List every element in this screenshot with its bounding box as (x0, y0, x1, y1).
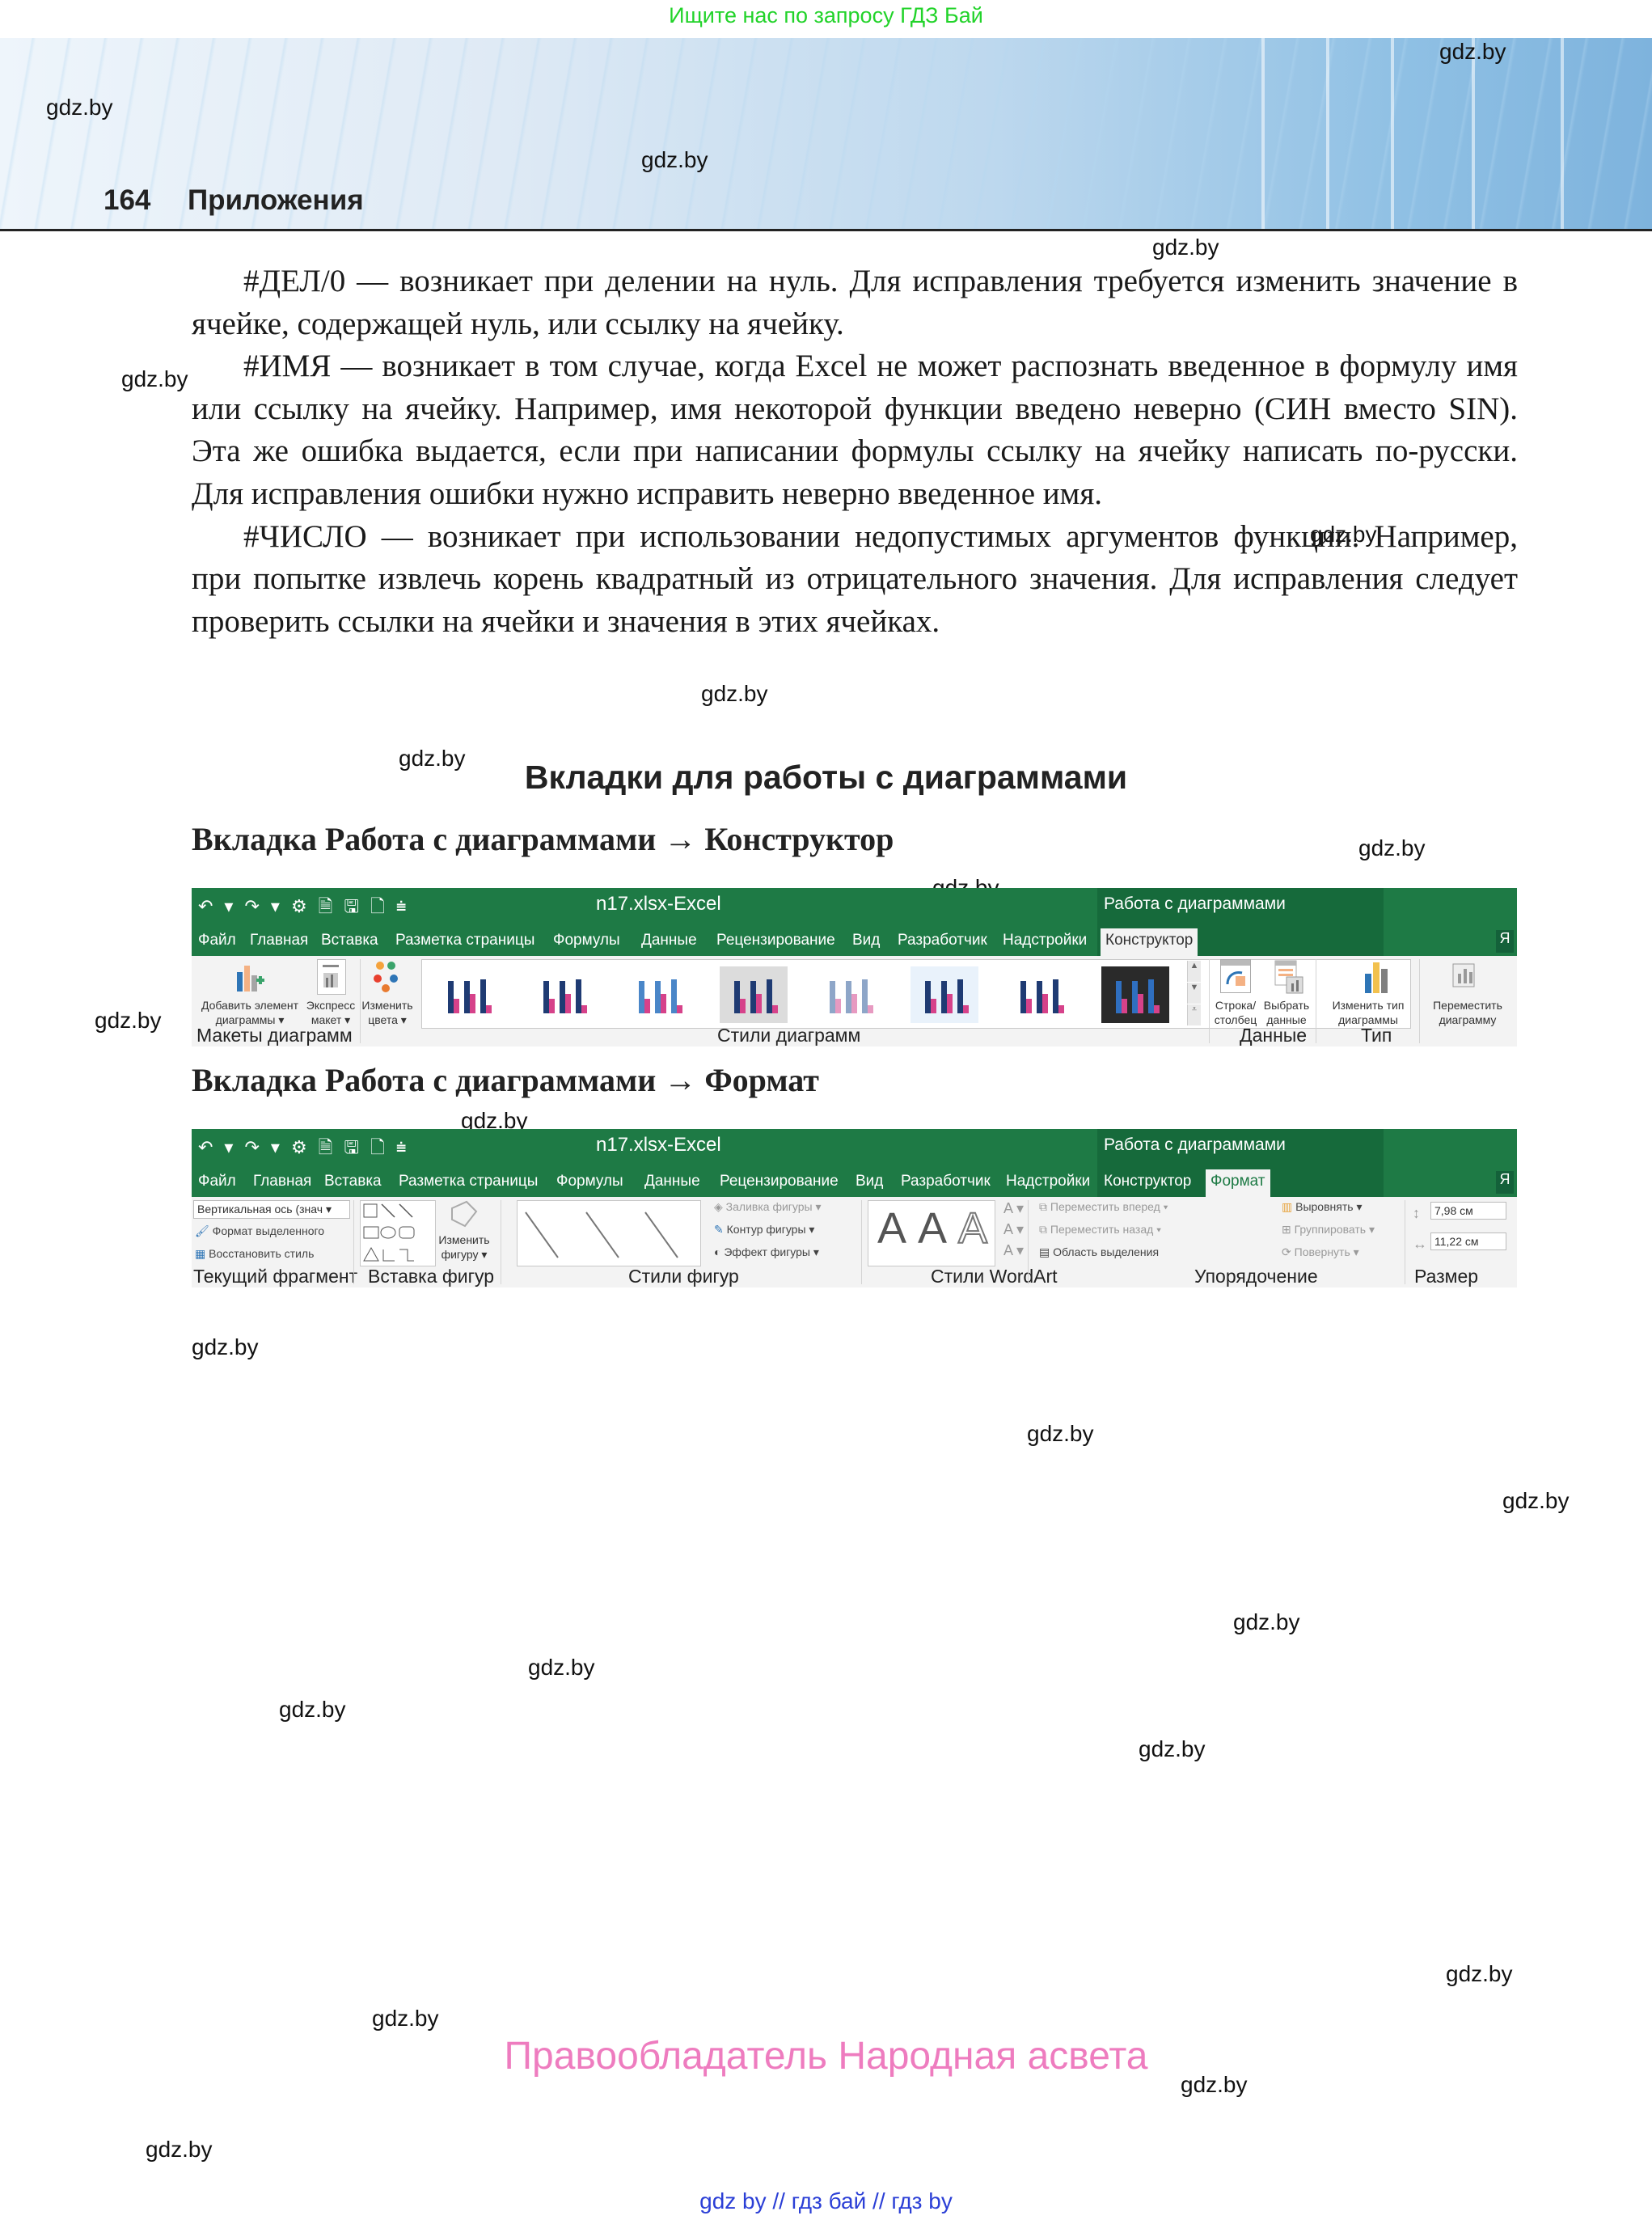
tab-developer[interactable]: Разработчик (901, 1173, 991, 1190)
paragraph-num-error: #ЧИСЛО — возникает при использовании нед… (192, 516, 1518, 644)
group-label-arrange: Упорядочение (1194, 1266, 1318, 1287)
thumbnail-bar (1148, 979, 1154, 1013)
thumbnail-bar (454, 999, 459, 1013)
thumbnail-bar (1053, 979, 1058, 1013)
group-label-insert-shapes: Вставка фигур (368, 1266, 494, 1287)
button-label: Изменить тип (1324, 998, 1413, 1013)
reset-style-icon: ▦ (195, 1247, 205, 1260)
shape-fill-button[interactable]: ◈ Заливка фигуры ▾ (714, 1200, 822, 1214)
thumbnail-bar (835, 999, 841, 1013)
watermark: gdz.by (372, 2006, 439, 2032)
button-label: цвета ▾ (361, 1013, 413, 1027)
watermark: gdz.by (46, 95, 113, 121)
thumbnail-bar (750, 981, 756, 1013)
thumbnail-bar (1138, 994, 1143, 1013)
ribbon-body: Добавить элемент диаграммы ▾ Экспресс ма… (192, 956, 1517, 1046)
thumbnail-bar (868, 1005, 873, 1013)
thumbnail-bar (486, 1005, 492, 1013)
thumbnail-bar (543, 981, 549, 1013)
thumbnail-bar (1116, 981, 1122, 1013)
button-label: Переместить назад ▾ (1050, 1223, 1161, 1236)
move-chart-button[interactable]: Переместить диаграмму (1426, 998, 1510, 1027)
watermark: gdz.by (701, 681, 768, 707)
quick-access-toolbar[interactable]: ↶▾↷▾⚙🗎🖫🗋⩧ (198, 893, 418, 924)
thumbnail-bar (644, 999, 650, 1013)
format-selection-button[interactable]: 🖌 Формат выделенного (195, 1224, 324, 1238)
tab-page-layout[interactable]: Разметка страницы (395, 932, 534, 949)
chart-style-thumbnail[interactable] (815, 966, 883, 1023)
watermark: gdz.by (279, 1697, 346, 1723)
thumbnail-bar (639, 981, 644, 1013)
context-tab-label: Работа с диаграммами (1104, 894, 1286, 914)
group-label-data: Данные (1240, 1025, 1307, 1046)
format-selection-icon: 🖌 (195, 1224, 209, 1237)
tab-page-layout[interactable]: Разметка страницы (399, 1173, 538, 1190)
circuit-decoration (1391, 38, 1394, 229)
button-label: Выровнять ▾ (1295, 1200, 1362, 1213)
selection-pane-button[interactable]: ▤ Область выделения (1039, 1245, 1159, 1259)
shapes-icon (361, 1201, 435, 1266)
bring-forward-icon: ⧉ (1039, 1200, 1047, 1213)
thumbnail-bar (772, 1005, 778, 1013)
wordart-style-1[interactable]: A (877, 1203, 906, 1254)
move-chart-icon[interactable] (1450, 959, 1479, 993)
tab-addins[interactable]: Надстройки (1003, 932, 1087, 949)
group-divider (1405, 1200, 1405, 1284)
height-icon: ↕ (1413, 1205, 1420, 1222)
thumbnail-bar (677, 1005, 682, 1013)
tab-file[interactable]: Файл (198, 1173, 236, 1190)
watermark: gdz.by (1446, 1961, 1513, 1987)
shape-width-input[interactable]: 11,22 см (1430, 1233, 1506, 1250)
paragraph-div0-error: #ДЕЛ/0 — возникает при делении на нуль. … (192, 260, 1518, 345)
change-chart-type-button[interactable]: Изменить тип диаграммы (1324, 998, 1413, 1027)
tab-home[interactable]: Главная (250, 932, 308, 949)
thumbnail-bar (1058, 1005, 1064, 1013)
chart-elements-dropdown[interactable]: Вертикальная ось (знач ▾ (193, 1200, 350, 1219)
circuit-decoration (1472, 38, 1475, 229)
tab-view[interactable]: Вид (852, 932, 880, 949)
gallery-scroll-down-button[interactable]: ▼ (1187, 983, 1201, 1004)
group-label-size: Размер (1414, 1266, 1478, 1287)
ribbon-body: Вертикальная ось (знач ▾ 🖌 Формат выделе… (192, 1197, 1517, 1287)
select-data-button[interactable]: Выбрать данные (1262, 998, 1311, 1027)
edit-shape-button[interactable]: Изменить фигуру ▾ (437, 1233, 491, 1262)
width-icon: ↔ (1413, 1236, 1427, 1253)
watermark: gdz.by (1502, 1488, 1570, 1514)
button-label: фигуру ▾ (437, 1247, 491, 1262)
page-number: 164 (104, 184, 150, 217)
button-label: Строка/ (1212, 998, 1259, 1013)
top-promo-banner: Ищите нас по запросу ГДЗ Бай (0, 3, 1652, 28)
button-label: Восстановить стиль (209, 1247, 314, 1260)
thumbnail-bar (480, 979, 486, 1013)
group-label-layouts: Макеты диаграмм (196, 1025, 353, 1046)
thumbnail-bar (576, 979, 581, 1013)
group-divider (1316, 959, 1316, 1043)
button-label: Контур фигуры ▾ (727, 1223, 815, 1236)
watermark: gdz.by (1152, 235, 1219, 260)
button-label: Область выделения (1053, 1245, 1159, 1258)
bring-forward-button[interactable]: ⧉ Переместить вперед ▾ (1039, 1200, 1168, 1214)
thumbnail-bar (1042, 994, 1048, 1013)
tab-insert[interactable]: Вставка (321, 932, 378, 949)
watermark: gdz.by (528, 1655, 595, 1681)
ribbon-constructor: ↶▾↷▾⚙🗎🖫🗋⩧ n17.xlsx-Excel Файл Главная Вс… (192, 888, 1517, 1046)
align-icon: ▥ (1282, 1200, 1292, 1213)
text-effects-icon[interactable]: A ▾ (1003, 1242, 1024, 1259)
rotate-button[interactable]: ⟳ Повернуть ▾ (1282, 1245, 1359, 1259)
group-label-type: Тип (1361, 1025, 1392, 1046)
window-title: n17.xlsx-Excel (596, 1134, 721, 1156)
gallery-more-button[interactable]: ⩡ (1187, 1004, 1201, 1025)
user-icon[interactable]: Я (1496, 930, 1514, 953)
button-label: Повернуть ▾ (1295, 1245, 1359, 1258)
thumbnail-bar (1154, 1005, 1160, 1013)
switch-row-column-button[interactable]: Строка/ столбец (1212, 998, 1259, 1027)
chart-style-thumbnail[interactable] (1101, 966, 1169, 1023)
thumbnail-bar (862, 979, 868, 1013)
thumbnail-bar (846, 981, 851, 1013)
group-divider (501, 1200, 501, 1284)
thumbnail-bar (661, 994, 666, 1013)
quick-layout-icon[interactable] (317, 959, 346, 995)
watermark: gdz.by (1439, 39, 1506, 65)
pen-icon: ✎ (714, 1223, 724, 1236)
user-icon[interactable]: Я (1496, 1171, 1514, 1194)
watermark: gdz.by (192, 1334, 259, 1360)
button-label: Изменить (437, 1233, 491, 1247)
add-chart-element-icon[interactable] (234, 961, 266, 993)
group-divider (1028, 1200, 1029, 1284)
effects-icon: ◐ (714, 1245, 720, 1258)
watermark: gdz.by (1358, 835, 1426, 861)
watermark: gdz.by (121, 366, 188, 392)
thumbnail-bar (931, 999, 936, 1013)
thumbnail-bar (756, 994, 762, 1013)
group-label-styles: Стили диаграмм (717, 1025, 860, 1046)
thumbnail-bar (1037, 981, 1042, 1013)
constructor-caption: Вкладка Работа с диаграммами → Конструкт… (192, 820, 894, 858)
tab-review[interactable]: Рецензирование (720, 1173, 839, 1190)
line-style-previews (518, 1201, 700, 1266)
watermark: gdz.by (1139, 1736, 1206, 1762)
button-label: Добавить элемент (193, 998, 306, 1013)
tab-insert[interactable]: Вставка (324, 1173, 382, 1190)
chart-style-thumbnail[interactable] (1006, 966, 1074, 1023)
button-label: Эффект фигуры ▾ (724, 1245, 819, 1258)
thumbnail-bar (448, 981, 454, 1013)
chart-style-thumbnail[interactable] (720, 966, 788, 1023)
tab-constructor[interactable]: Конструктор (1101, 928, 1198, 959)
change-colors-button[interactable]: Изменить цвета ▾ (361, 998, 413, 1027)
watermark: gdz.by (1233, 1609, 1300, 1635)
change-colors-icon[interactable] (370, 959, 402, 995)
select-data-icon[interactable] (1274, 959, 1304, 995)
align-button[interactable]: ▥ Выровнять ▾ (1282, 1200, 1362, 1214)
thumbnail-bar (740, 999, 746, 1013)
tab-addins[interactable]: Надстройки (1006, 1173, 1090, 1190)
thumbnail-bar (767, 979, 772, 1013)
button-label: Формат выделенного (213, 1224, 324, 1237)
shape-height-input[interactable]: 7,98 см (1430, 1202, 1506, 1220)
group-divider (1209, 959, 1210, 1043)
group-label-current-selection: Текущий фрагмент (193, 1266, 357, 1287)
thumbnail-bar (925, 981, 931, 1013)
rotate-icon: ⟳ (1282, 1245, 1291, 1258)
window-title: n17.xlsx-Excel (596, 893, 721, 915)
tab-data[interactable]: Данные (644, 1173, 700, 1190)
tab-view[interactable]: Вид (856, 1173, 883, 1190)
watermark: gdz.by (146, 2137, 213, 2163)
chart-style-thumbnail[interactable] (529, 966, 597, 1023)
send-backward-button[interactable]: ⧉ Переместить назад ▾ (1039, 1223, 1161, 1237)
wordart-style-2[interactable]: A (918, 1203, 947, 1254)
tab-home[interactable]: Главная (253, 1173, 311, 1190)
shape-styles-gallery[interactable] (517, 1200, 701, 1266)
tab-format[interactable]: Формат (1206, 1169, 1270, 1200)
tab-constructor[interactable]: Конструктор (1104, 1173, 1191, 1190)
text-outline-icon[interactable]: A ▾ (1003, 1221, 1024, 1238)
chart-style-thumbnail[interactable] (433, 966, 501, 1023)
thumbnail-bar (1132, 981, 1138, 1013)
thumbnail-bar (1026, 999, 1032, 1013)
button-label: Переместить вперед ▾ (1050, 1200, 1168, 1213)
button-label: Заливка фигуры ▾ (726, 1200, 822, 1213)
thumbnail-bar (470, 994, 475, 1013)
group-divider (1419, 959, 1420, 1043)
selection-pane-icon: ▤ (1039, 1245, 1050, 1258)
quick-access-toolbar[interactable]: ↶▾↷▾⚙🗎🖫🗋⩧ (198, 1134, 418, 1165)
thumbnail-bar (830, 981, 835, 1013)
thumbnail-bar (1020, 981, 1026, 1013)
button-label: Группировать ▾ (1295, 1223, 1375, 1236)
body-text: #ДЕЛ/0 — возникает при делении на нуль. … (192, 260, 1518, 643)
add-chart-element-button[interactable]: Добавить элемент диаграммы ▾ (193, 998, 306, 1027)
group-divider (360, 959, 361, 1043)
text-fill-icon[interactable]: A ▾ (1003, 1200, 1024, 1217)
group-divider (353, 1200, 354, 1284)
thumbnail-bar (1122, 999, 1127, 1013)
chart-style-thumbnail[interactable] (911, 966, 978, 1023)
section-heading: Вкладки для работы с диаграммами (0, 759, 1652, 797)
quick-layout-button[interactable]: Экспресс макет ▾ (305, 998, 357, 1027)
ribbon-format: ↶▾↷▾⚙🗎🖫🗋⩧ n17.xlsx-Excel Файл Главная Вс… (192, 1129, 1517, 1287)
send-backward-icon: ⧉ (1039, 1223, 1047, 1236)
shape-effects-button[interactable]: ◐ Эффект фигуры ▾ (714, 1245, 819, 1259)
thumbnail-bar (851, 994, 857, 1013)
thumbnail-bar (941, 981, 947, 1013)
thumbnail-bar (581, 1005, 587, 1013)
thumbnail-bar (671, 979, 677, 1013)
section-title: Приложения (188, 184, 364, 217)
context-tab-label: Работа с диаграммами (1104, 1135, 1286, 1155)
group-label-wordart: Стили WordArt (931, 1266, 1058, 1287)
button-label: Экспресс (305, 998, 357, 1013)
thumbnail-bar (734, 981, 740, 1013)
shape-outline-button[interactable]: ✎ Контур фигуры ▾ (714, 1223, 814, 1237)
group-button[interactable]: ⊞ Группировать ▾ (1282, 1223, 1375, 1237)
tab-review[interactable]: Рецензирование (716, 932, 835, 949)
gallery-scroll-up-button[interactable]: ▲ (1187, 961, 1201, 982)
paragraph-name-error: #ИМЯ — возникает в том случае, когда Exc… (192, 345, 1518, 515)
group-icon: ⊞ (1282, 1223, 1291, 1236)
circuit-decoration (1561, 38, 1564, 229)
paint-bucket-icon: ◈ (714, 1200, 723, 1213)
rights-holder-notice: Правообладатель Народная асвета (0, 2034, 1652, 2078)
group-label-shape-styles: Стили фигур (628, 1266, 739, 1287)
change-chart-type-icon[interactable] (1360, 959, 1392, 995)
thumbnail-bar (549, 999, 555, 1013)
edit-shape-icon[interactable] (447, 1200, 480, 1229)
button-label: Переместить (1426, 998, 1510, 1013)
button-label: диаграмму (1426, 1013, 1510, 1027)
thumbnail-bar (565, 994, 571, 1013)
format-caption: Вкладка Работа с диаграммами → Формат (192, 1061, 819, 1099)
tab-developer[interactable]: Разработчик (898, 932, 987, 949)
tab-data[interactable]: Данные (641, 932, 697, 949)
thumbnail-bar (655, 981, 661, 1013)
watermark: gdz.by (641, 147, 708, 173)
thumbnail-bar (947, 994, 953, 1013)
watermark: gdz.by (95, 1008, 162, 1034)
circuit-decoration (1326, 38, 1329, 229)
group-divider (861, 1200, 862, 1284)
thumbnail-bar (464, 981, 470, 1013)
watermark: gdz.by (1027, 1421, 1094, 1447)
tab-formulas[interactable]: Формулы (556, 1173, 623, 1190)
footer-links[interactable]: gdz by // гдз бай // гдз by (0, 2188, 1652, 2214)
chart-style-thumbnail[interactable] (624, 966, 692, 1023)
button-label: Выбрать (1262, 998, 1311, 1013)
circuit-decoration (1261, 38, 1265, 229)
tab-file[interactable]: Файл (198, 932, 236, 949)
switch-row-column-icon[interactable] (1220, 959, 1251, 993)
reset-style-button[interactable]: ▦ Восстановить стиль (195, 1247, 314, 1261)
tab-formulas[interactable]: Формулы (553, 932, 620, 949)
thumbnail-bar (560, 981, 565, 1013)
button-label: Изменить (361, 998, 413, 1013)
thumbnail-bar (963, 1005, 969, 1013)
wordart-style-3[interactable]: A (958, 1203, 987, 1254)
thumbnail-bar (957, 979, 963, 1013)
shapes-gallery[interactable] (360, 1200, 436, 1266)
